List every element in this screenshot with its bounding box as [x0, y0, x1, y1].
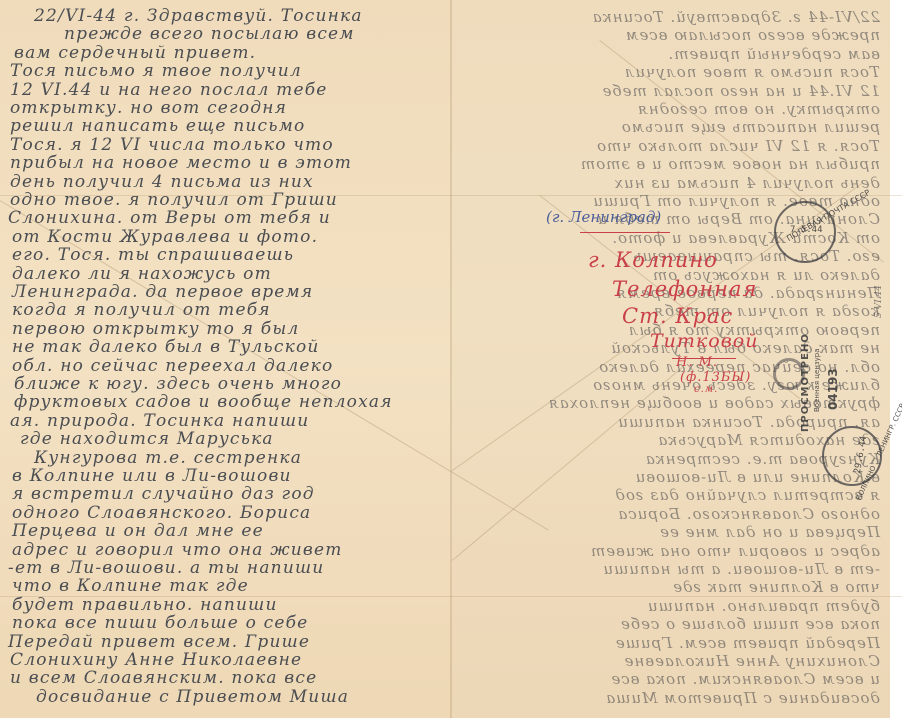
handwritten-line: Кунгурова т.е. сестренка — [34, 448, 302, 468]
address-line: Титковой — [650, 330, 758, 352]
censor-stamp-title: ПРОСМОТРЕНО — [800, 333, 811, 432]
bleed-through-line: где находится Маруська — [462, 431, 880, 449]
handwritten-line: Тося. я 12 VI числа только что — [10, 135, 334, 155]
handwritten-line: 12 VI.44 и на него послал тебе — [10, 80, 328, 100]
handwritten-line: -ет в Ли-вошови. а ты напиши — [8, 558, 324, 578]
bleed-through-line: ая. природа. Тосинка напиши — [462, 413, 880, 431]
military-postmark-top: ПОЛЕВАЯ ПОЧТА СССР 7.5.44 — [774, 201, 836, 263]
bleed-through-line: прибыл на новое место и в этот — [462, 155, 880, 173]
handwritten-line: Тося письмо я твое получил — [10, 61, 302, 81]
handwritten-line: в Колпине или в Ли-вошови — [12, 466, 292, 486]
address-line: с.м. — [694, 384, 718, 395]
handwritten-line: Ленинграда. да первое время — [12, 282, 313, 302]
handwritten-line: досвидание с Приветом Миша — [36, 687, 349, 707]
handwritten-line: прибыл на новое место и в этот — [10, 153, 352, 173]
bleed-through-line: пока все пиши больше о себе — [462, 615, 880, 633]
handwritten-line: вам сердечный привет. — [14, 43, 256, 63]
address-line: Телефонная — [612, 277, 757, 301]
handwritten-line: фруктовых садов и вообще неплохая — [14, 392, 393, 412]
handwritten-line: одно твое. я получил от Гриши — [10, 190, 338, 210]
address-line: (ф.13БЫ) — [680, 370, 751, 385]
censor-stamp-subtitle: Военная цензура — [813, 348, 821, 412]
handwritten-line: от Кости Журавлева и фото. — [12, 227, 318, 247]
vertical-fold — [450, 0, 452, 718]
address-line: г. Колпино — [588, 248, 718, 272]
bleed-through-line: вам сердечный привет. — [462, 45, 880, 63]
address-city: (г. Ленинград) — [546, 208, 661, 226]
handwritten-line: не так далеко был в Тульской — [12, 337, 320, 357]
bleed-through-line: будет правильно. напиши — [462, 597, 880, 615]
receiving-postmark: КОЛПИНО ... ЛЕНИНГР. СССР 29.6.44 — [822, 426, 882, 486]
bleed-through-line: я встретил случайно даз год — [462, 486, 880, 504]
bleed-through-line: Кунгурова т.е. сестренка — [462, 450, 880, 468]
handwritten-line: прежде всего посылаю всем — [64, 24, 355, 44]
handwritten-line: и всем Слоавянским. пока все — [10, 668, 317, 688]
bleed-through-line: прежде всего посылаю всем — [462, 26, 880, 44]
scanned-letter: 22/VI-44 г. Здравствуй. Тосинкапрежде вс… — [0, 0, 902, 718]
bleed-through-line: в Колпине или в Ли-вошови — [462, 468, 880, 486]
handwritten-line: первою открытку то я был — [12, 319, 299, 339]
bleed-through-line: что в Колпине так где — [462, 578, 880, 596]
handwritten-line: день получил 4 письма из них — [10, 172, 314, 192]
handwritten-line: открытку. но вот сегодня — [10, 98, 287, 118]
bleed-through-line: одного Слоавянского. Бориса — [462, 505, 880, 523]
handwritten-line: Передай привет всем. Грише — [8, 632, 310, 652]
censor-stamp-number: 04193 — [826, 368, 840, 410]
scan-margin — [890, 0, 902, 718]
handwritten-line: Перцева и он дал мне ее — [12, 521, 264, 541]
bleed-through-line: Перцева и он дал мне ее — [462, 523, 880, 541]
handwritten-line: будет правильно. напиши — [12, 595, 278, 615]
bleed-through-line: Тося. я 12 VI числа только что — [462, 137, 880, 155]
bleed-through-line: досвидание с Приветом Миша — [462, 689, 880, 707]
address-underline — [672, 358, 736, 359]
handwritten-line: пока все пиши больше о себе — [12, 613, 308, 633]
handwritten-line: обл. но сейчас переехал далеко — [12, 356, 333, 376]
edge-annotation: 5 VI.44 — [874, 285, 884, 318]
handwritten-line: далеко ли я нахожусь от — [12, 264, 272, 284]
handwritten-line: я встретил случайно даз год — [12, 484, 315, 504]
handwritten-line: Слонихину Анне Николаевне — [10, 650, 302, 670]
bleed-through-line: Передай привет всем. Грише — [462, 634, 880, 652]
handwritten-line: что в Колпине так где — [12, 576, 249, 596]
handwritten-line: Слонихина. от Веры от тебя и — [8, 208, 331, 228]
bleed-through-line: Тося письмо я твое получил — [462, 63, 880, 81]
handwritten-line: адрес и говорил что она живет — [12, 540, 343, 560]
handwritten-line: его. Тося. ты спрашиваешь — [12, 245, 294, 265]
bleed-through-line: 22/VI-44 г. Здравствуй. Тосинка — [462, 8, 880, 26]
handwritten-line: ближе к югу. здесь очень много — [14, 374, 342, 394]
handwritten-line: одного Слоавянского. Бориса — [12, 503, 311, 523]
bleed-through-line: и всем Слоавянским. пока все — [462, 670, 880, 688]
handwritten-line: ая. природа. Тосинка напиши — [10, 411, 309, 431]
bleed-through-line: Слонихину Анне Николаевне — [462, 652, 880, 670]
handwritten-line: где находится Маруська — [20, 429, 274, 449]
bleed-through-line: день получил 4 письма из них — [462, 174, 880, 192]
bleed-through-line: 12 VI.44 и на него послал тебе — [462, 82, 880, 100]
handwritten-line: когда я получил от тебя — [12, 300, 271, 320]
bleed-through-line: решил написать еще письмо — [462, 118, 880, 136]
address-underline — [580, 232, 670, 233]
handwritten-line: решил написать еще письмо — [10, 116, 305, 136]
address-line: Ст. Крас — [622, 304, 733, 328]
handwritten-line: 22/VI-44 г. Здравствуй. Тосинка — [34, 6, 363, 26]
bleed-through-line: открытку. но вот сегодня — [462, 100, 880, 118]
bleed-through-line: -ет в Ли-вошови. а ты напиши — [462, 560, 880, 578]
bleed-through-line: адрес и говорил что она живет — [462, 542, 880, 560]
